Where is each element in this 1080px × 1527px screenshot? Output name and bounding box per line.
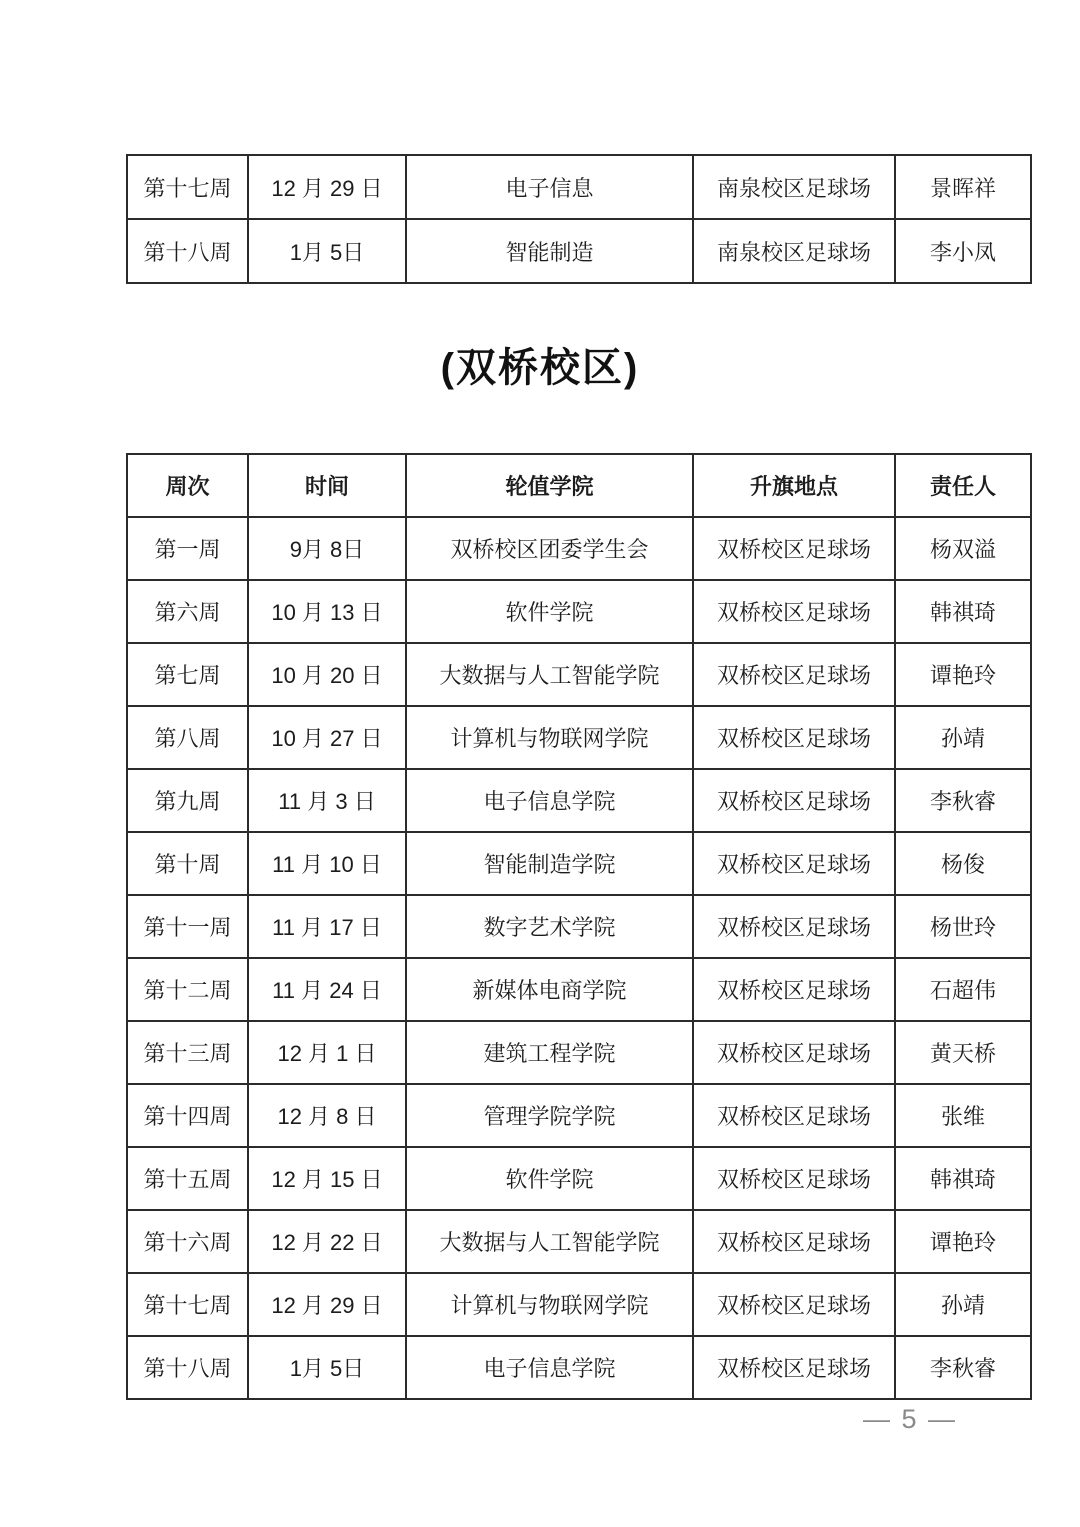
- table-cell-date: 12 月 1 日: [248, 1021, 406, 1084]
- table-cell-college: 大数据与人工智能学院: [406, 1210, 693, 1273]
- table-row: 第十四周12 月 8 日管理学院学院双桥校区足球场张维: [127, 1084, 1031, 1147]
- table-cell-week: 第十七周: [127, 1273, 248, 1336]
- table-cell-date: 11 月 17 日: [248, 895, 406, 958]
- table-cell-date: 12 月 29 日: [248, 1273, 406, 1336]
- table-cell-person: 石超伟: [895, 958, 1031, 1021]
- table-cell-location: 双桥校区足球场: [693, 1084, 895, 1147]
- table-cell-person: 韩祺琦: [895, 580, 1031, 643]
- table-cell-location: 双桥校区足球场: [693, 1273, 895, 1336]
- table-cell-week: 第十周: [127, 832, 248, 895]
- table-cell-person: 李小凤: [895, 219, 1031, 283]
- table-cell-person: 孙靖: [895, 706, 1031, 769]
- table-row: 第十三周12 月 1 日建筑工程学院双桥校区足球场黄天桥: [127, 1021, 1031, 1084]
- header-cell-date: 时间: [248, 454, 406, 517]
- table-cell-person: 李秋睿: [895, 769, 1031, 832]
- table-cell-college: 电子信息学院: [406, 1336, 693, 1399]
- table-cell-week: 第一周: [127, 517, 248, 580]
- table-cell-week: 第十七周: [127, 155, 248, 219]
- shuangqiao-schedule-table: 周次 时间 轮值学院 升旗地点 责任人 第一周9月 8日双桥校区团委学生会双桥校…: [126, 453, 1032, 1400]
- table-cell-date: 10 月 20 日: [248, 643, 406, 706]
- header-cell-location: 升旗地点: [693, 454, 895, 517]
- table-cell-week: 第九周: [127, 769, 248, 832]
- table-cell-date: 10 月 13 日: [248, 580, 406, 643]
- table-cell-date: 12 月 22 日: [248, 1210, 406, 1273]
- nanquan-table-body: 第十七周12 月 29 日电子信息南泉校区足球场景晖祥第十八周1月 5日智能制造…: [127, 155, 1031, 283]
- table-cell-college: 电子信息: [406, 155, 693, 219]
- table-cell-location: 双桥校区足球场: [693, 706, 895, 769]
- table-cell-date: 12 月 8 日: [248, 1084, 406, 1147]
- table-cell-week: 第十二周: [127, 958, 248, 1021]
- table-cell-date: 1月 5日: [248, 1336, 406, 1399]
- table-cell-date: 1月 5日: [248, 219, 406, 283]
- table-cell-date: 12 月 15 日: [248, 1147, 406, 1210]
- header-cell-person: 责任人: [895, 454, 1031, 517]
- table-cell-location: 双桥校区足球场: [693, 832, 895, 895]
- table-cell-person: 景晖祥: [895, 155, 1031, 219]
- table-cell-week: 第六周: [127, 580, 248, 643]
- table-cell-week: 第十五周: [127, 1147, 248, 1210]
- table-cell-college: 智能制造: [406, 219, 693, 283]
- table-cell-location: 南泉校区足球场: [693, 219, 895, 283]
- nanquan-schedule-table: 第十七周12 月 29 日电子信息南泉校区足球场景晖祥第十八周1月 5日智能制造…: [126, 154, 1032, 284]
- table-row: 第十七周12 月 29 日计算机与物联网学院双桥校区足球场孙靖: [127, 1273, 1031, 1336]
- table-cell-location: 双桥校区足球场: [693, 1210, 895, 1273]
- table-cell-person: 杨双溢: [895, 517, 1031, 580]
- table-cell-person: 黄天桥: [895, 1021, 1031, 1084]
- table-header-row: 周次 时间 轮值学院 升旗地点 责任人: [127, 454, 1031, 517]
- table-cell-college: 智能制造学院: [406, 832, 693, 895]
- table-cell-location: 双桥校区足球场: [693, 769, 895, 832]
- table-cell-college: 计算机与物联网学院: [406, 706, 693, 769]
- table-row: 第七周10 月 20 日大数据与人工智能学院双桥校区足球场谭艳玲: [127, 643, 1031, 706]
- shuangqiao-table-body: 第一周9月 8日双桥校区团委学生会双桥校区足球场杨双溢第六周10 月 13 日软…: [127, 517, 1031, 1399]
- table-cell-week: 第十八周: [127, 219, 248, 283]
- table-row: 第六周10 月 13 日软件学院双桥校区足球场韩祺琦: [127, 580, 1031, 643]
- table-row: 第十五周12 月 15 日软件学院双桥校区足球场韩祺琦: [127, 1147, 1031, 1210]
- table-cell-week: 第十八周: [127, 1336, 248, 1399]
- table-cell-date: 11 月 3 日: [248, 769, 406, 832]
- table-row: 第十八周1月 5日电子信息学院双桥校区足球场李秋睿: [127, 1336, 1031, 1399]
- campus-section-title: (双桥校区): [0, 336, 1080, 393]
- table-cell-person: 韩祺琦: [895, 1147, 1031, 1210]
- header-cell-college: 轮值学院: [406, 454, 693, 517]
- table-cell-college: 大数据与人工智能学院: [406, 643, 693, 706]
- table-cell-location: 双桥校区足球场: [693, 895, 895, 958]
- table-cell-person: 孙靖: [895, 1273, 1031, 1336]
- table-cell-date: 10 月 27 日: [248, 706, 406, 769]
- table-cell-location: 双桥校区足球场: [693, 1147, 895, 1210]
- table-cell-college: 软件学院: [406, 1147, 693, 1210]
- table-row: 第十七周12 月 29 日电子信息南泉校区足球场景晖祥: [127, 155, 1031, 219]
- table-cell-date: 11 月 24 日: [248, 958, 406, 1021]
- table-cell-college: 新媒体电商学院: [406, 958, 693, 1021]
- table-cell-college: 双桥校区团委学生会: [406, 517, 693, 580]
- page-number: — 5 —: [852, 1404, 968, 1435]
- table-cell-location: 双桥校区足球场: [693, 1336, 895, 1399]
- table-cell-week: 第十四周: [127, 1084, 248, 1147]
- table-cell-week: 第十一周: [127, 895, 248, 958]
- table-cell-person: 谭艳玲: [895, 1210, 1031, 1273]
- table-row: 第十八周1月 5日智能制造南泉校区足球场李小凤: [127, 219, 1031, 283]
- table-cell-location: 双桥校区足球场: [693, 517, 895, 580]
- table-cell-person: 张维: [895, 1084, 1031, 1147]
- table-cell-location: 双桥校区足球场: [693, 1021, 895, 1084]
- table-cell-week: 第七周: [127, 643, 248, 706]
- table-row: 第十一周11 月 17 日数字艺术学院双桥校区足球场杨世玲: [127, 895, 1031, 958]
- table-row: 第十二周11 月 24 日新媒体电商学院双桥校区足球场石超伟: [127, 958, 1031, 1021]
- table-cell-college: 电子信息学院: [406, 769, 693, 832]
- table-cell-location: 双桥校区足球场: [693, 643, 895, 706]
- table-row: 第十周11 月 10 日智能制造学院双桥校区足球场杨俊: [127, 832, 1031, 895]
- table-row: 第十六周12 月 22 日大数据与人工智能学院双桥校区足球场谭艳玲: [127, 1210, 1031, 1273]
- table-cell-college: 管理学院学院: [406, 1084, 693, 1147]
- table-cell-person: 李秋睿: [895, 1336, 1031, 1399]
- table-cell-college: 建筑工程学院: [406, 1021, 693, 1084]
- table-cell-college: 软件学院: [406, 580, 693, 643]
- table-cell-date: 9月 8日: [248, 517, 406, 580]
- table-cell-location: 双桥校区足球场: [693, 580, 895, 643]
- table-cell-date: 12 月 29 日: [248, 155, 406, 219]
- table-cell-date: 11 月 10 日: [248, 832, 406, 895]
- header-cell-week: 周次: [127, 454, 248, 517]
- table-cell-college: 数字艺术学院: [406, 895, 693, 958]
- table-cell-college: 计算机与物联网学院: [406, 1273, 693, 1336]
- table-row: 第九周11 月 3 日电子信息学院双桥校区足球场李秋睿: [127, 769, 1031, 832]
- table-cell-person: 杨世玲: [895, 895, 1031, 958]
- table-row: 第一周9月 8日双桥校区团委学生会双桥校区足球场杨双溢: [127, 517, 1031, 580]
- table-cell-location: 南泉校区足球场: [693, 155, 895, 219]
- table-cell-location: 双桥校区足球场: [693, 958, 895, 1021]
- table-cell-person: 谭艳玲: [895, 643, 1031, 706]
- table-cell-week: 第八周: [127, 706, 248, 769]
- table-row: 第八周10 月 27 日计算机与物联网学院双桥校区足球场孙靖: [127, 706, 1031, 769]
- table-cell-person: 杨俊: [895, 832, 1031, 895]
- table-cell-week: 第十六周: [127, 1210, 248, 1273]
- table-cell-week: 第十三周: [127, 1021, 248, 1084]
